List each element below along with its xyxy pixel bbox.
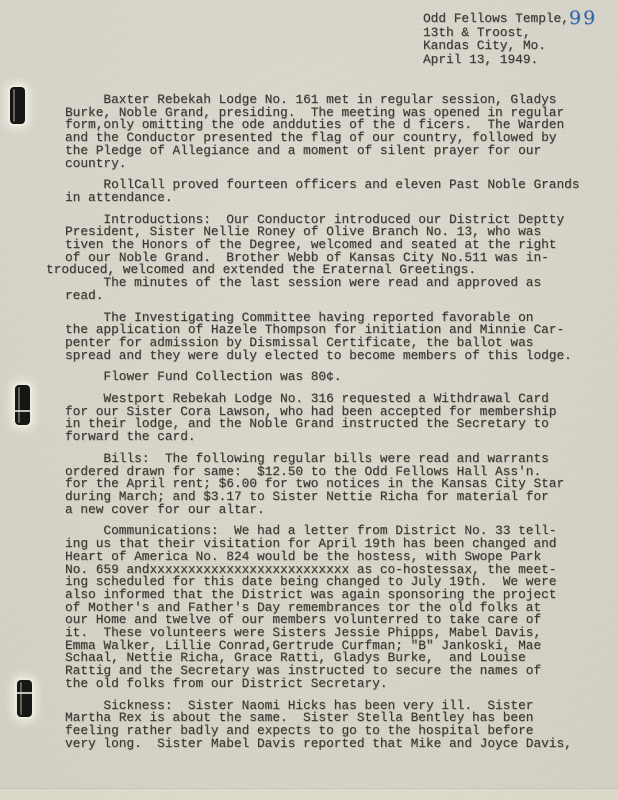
scanned-page: Odd Fellows Temple, 13th & Troost, Kanda… <box>0 0 618 800</box>
binding-staple-icon <box>10 87 25 124</box>
paragraph-roll-call: RollCall proved fourteen officers and el… <box>65 179 590 204</box>
page-bottom-edge <box>0 788 618 800</box>
paragraph-flower-fund: Flower Fund Collection was 80¢. <box>65 371 590 384</box>
paragraph-introductions: Introductions: Our Conductor introduced … <box>65 214 590 265</box>
paragraph-bills: Bills: The following regular bills were … <box>65 453 590 517</box>
paragraph-withdrawal-card: Westport Rebekah Lodge No. 316 requested… <box>65 393 590 444</box>
binding-staple-icon <box>15 385 30 425</box>
paragraph-investigating-committee: The Investigating Committee having repor… <box>65 312 590 363</box>
binding-staple-icon <box>17 680 32 717</box>
paragraph-sickness: Sickness: Sister Naomi Hicks has been ve… <box>65 700 590 751</box>
paragraph-minutes-approved: The minutes of the last session were rea… <box>65 277 590 302</box>
page-number: 99 <box>569 7 597 29</box>
paragraph-communications: Communications: We had a letter from Dis… <box>65 525 590 690</box>
letterhead-address: Odd Fellows Temple, 13th & Troost, Kanda… <box>423 12 569 66</box>
paragraph-opening: Baxter Rebekah Lodge No. 161 met in regu… <box>65 94 590 170</box>
minutes-body: Baxter Rebekah Lodge No. 161 met in regu… <box>65 94 590 759</box>
